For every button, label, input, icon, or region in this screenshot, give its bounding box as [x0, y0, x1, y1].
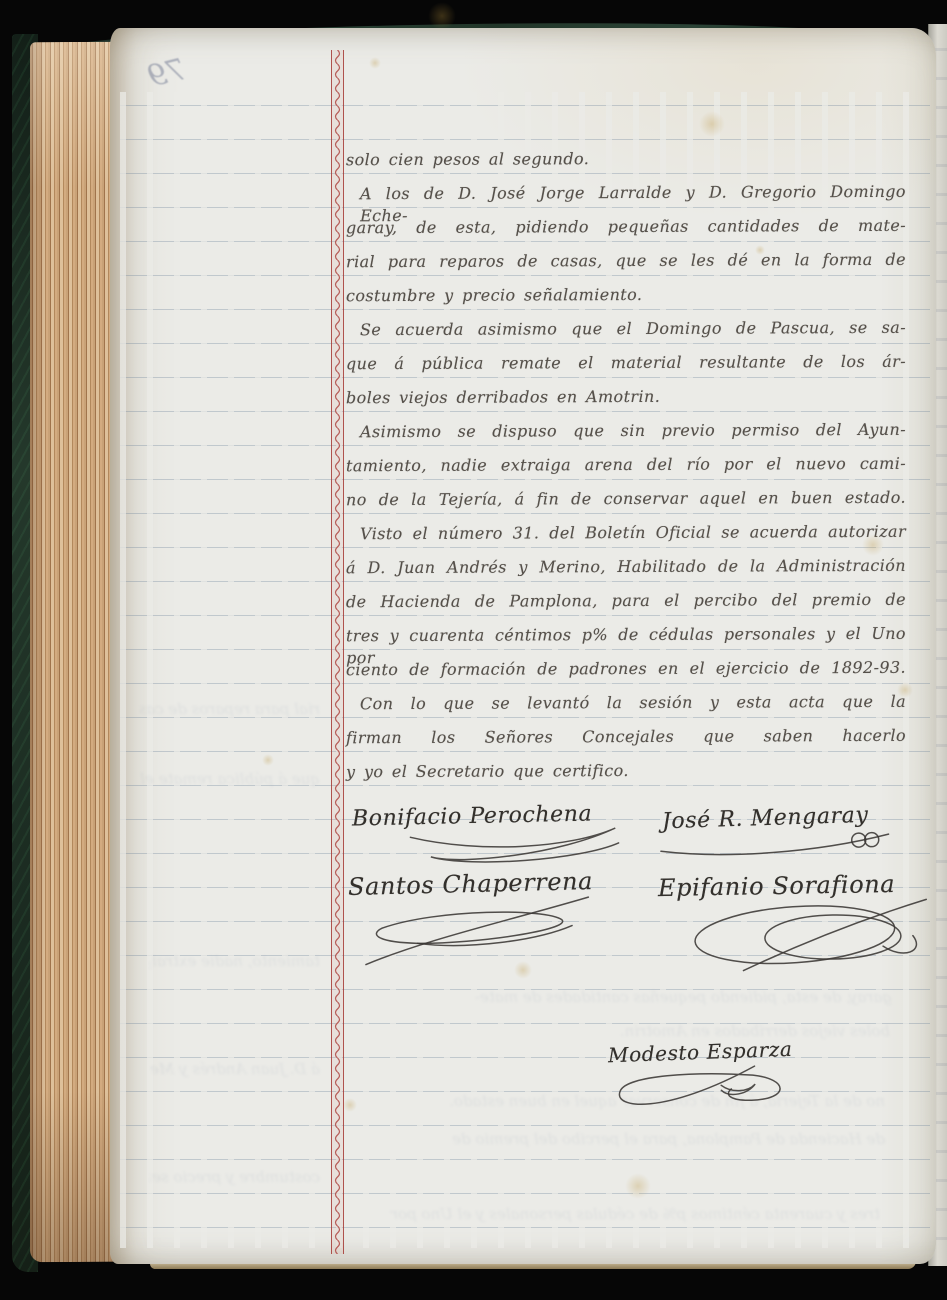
manuscript-line: á D. Juan Andrés y Merino, Habilitado de…	[346, 555, 906, 579]
manuscript-line: de Hacienda de Pamplona, para el percibo…	[346, 589, 906, 613]
bleedthrough-text: á D. Juan Andrés y Merino, Habilitado de…	[150, 1060, 320, 1080]
bleedthrough-text: garay, de esta, pidiendo pequeñas cantid…	[352, 988, 892, 1008]
manuscript-line: firman los Señores Concejales que saben …	[346, 725, 906, 749]
bleedthrough-text: tres y cuarenta céntimos p% de cédulas p…	[370, 1205, 880, 1225]
manuscript-line: tamiento, nadie extraiga arena del río p…	[346, 453, 906, 477]
ghost-page-number: 79	[144, 52, 190, 95]
manuscript-line: que á pública remate el material resulta…	[346, 351, 906, 375]
manuscript-page: 79 solo cien pesos al segundo.A los de D…	[110, 28, 936, 1264]
bleedthrough-text: rial para reparos de casas, que se les d…	[140, 700, 320, 720]
bleedthrough-text: costumbre y precio señalamiento.	[150, 1168, 320, 1188]
manuscript-line: garay, de esta, pidiendo pequeñas cantid…	[346, 215, 906, 239]
stacked-page-edges	[30, 42, 118, 1262]
signature-rubric	[684, 897, 937, 979]
manuscript-line: Asimismo se dispuso que sin previo permi…	[360, 419, 906, 443]
manuscript-line: y yo el Secretario que certifico.	[346, 759, 906, 783]
manuscript-line: boles viejos derribados en Amotrin.	[346, 385, 906, 409]
manuscript-line: Se acuerda asimismo que el Domingo de Pa…	[360, 317, 906, 341]
manuscript-line: costumbre y precio señalamiento.	[346, 283, 906, 307]
signature-rubric	[400, 825, 626, 872]
signature-mengaray: José R. Mengaray	[662, 803, 869, 834]
signature-name: Epifanio Sorafiona	[658, 870, 896, 902]
signature-perochena: Bonifacio Perochena	[352, 801, 593, 831]
manuscript-line: Visto el número 31. del Boletín Oficial …	[360, 521, 906, 545]
bleedthrough-text: boles viejos derribados en Amotrin.	[360, 1022, 890, 1042]
manuscript-line: solo cien pesos al segundo.	[346, 147, 906, 171]
manuscript-line: Con lo que se levantó la sesión y esta a…	[360, 691, 906, 715]
bleedthrough-text: que á pública remate el material resulta…	[140, 770, 320, 790]
scanned-book-photo: 79 solo cien pesos al segundo.A los de D…	[0, 0, 947, 1300]
margin-wave-pattern	[332, 50, 343, 1254]
red-margin-rule	[331, 50, 344, 1254]
signature-rubric	[356, 894, 620, 972]
signature-chaperrena: Santos Chaperrena	[348, 867, 594, 901]
manuscript-line: ciento de formación de padrones en el ej…	[346, 657, 906, 681]
manuscript-line: rial para reparos de casas, que se les d…	[346, 249, 906, 273]
signature-sorafiona: Epifanio Sorafiona	[658, 870, 896, 902]
bleedthrough-text: tamiento, nadie extraiga arena del río p…	[150, 952, 320, 972]
manuscript-line: no de la Tejería, á fin de conservar aqu…	[346, 487, 906, 511]
bleedthrough-text: de Hacienda de Pamplona, para el percibo…	[360, 1130, 885, 1150]
signature-esparza: Modesto Esparza	[608, 1037, 793, 1067]
signature-rubric	[602, 1055, 789, 1119]
